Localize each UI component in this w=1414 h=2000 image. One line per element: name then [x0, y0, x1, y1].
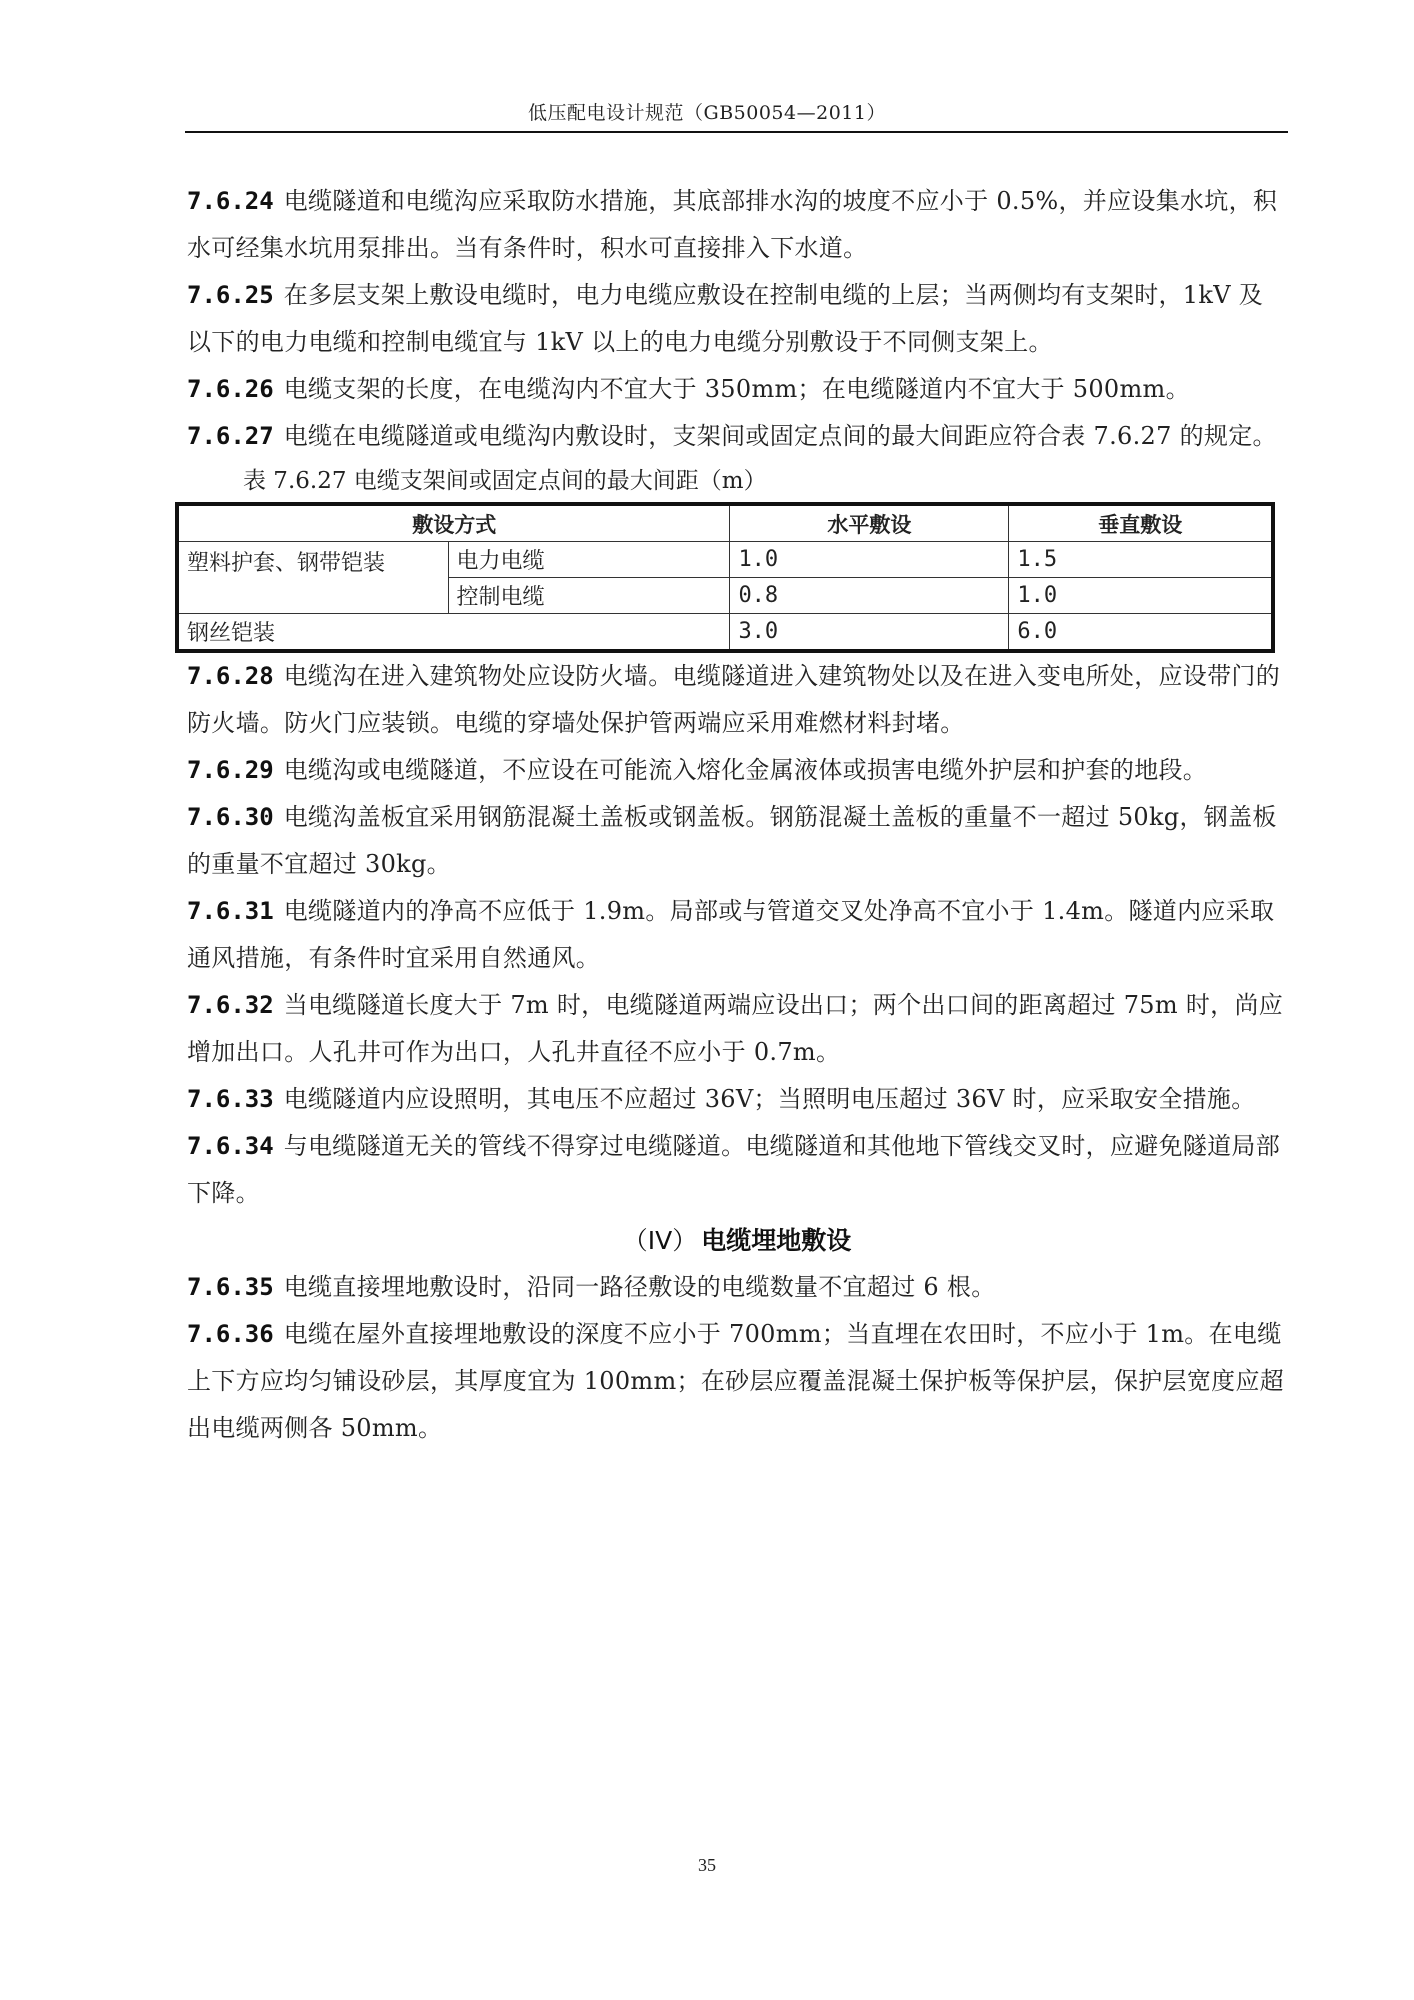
clause-text: 电缆支架的长度，在电缆沟内不宜大于 350mm；在电缆隧道内不宜大于 500mm…: [284, 375, 1190, 403]
clause-text: 电缆隧道内应设照明，其电压不应超过 36V；当照明电压超过 36V 时，应采取安…: [284, 1085, 1256, 1113]
vertical-value: 1.5: [1009, 542, 1273, 578]
table-header-row: 敷设方式 水平敷设 垂直敷设: [177, 504, 1273, 542]
clause-number: 7.6.24: [187, 187, 274, 215]
group-label-steel-wire: 钢丝铠装: [177, 614, 730, 652]
horizontal-value: 1.0: [730, 542, 1009, 578]
table-row: 钢丝铠装 3.0 6.0: [177, 614, 1273, 652]
clause-text: 与电缆隧道无关的管线不得穿过电缆隧道。电缆隧道和其他地下管线交叉时，应避免隧道局…: [187, 1132, 1280, 1207]
header-rule: [185, 131, 1288, 133]
header-horizontal: 水平敷设: [730, 504, 1009, 542]
clause-7-6-31: 7.6.31电缆隧道内的净高不应低于 1.9m。局部或与管道交叉处净高不宜小于 …: [187, 888, 1287, 982]
clause-7-6-27: 7.6.27电缆在电缆隧道或电缆沟内敷设时，支架间或固定点间的最大间距应符合表 …: [187, 413, 1287, 460]
clause-text: 电缆在屋外直接埋地敷设的深度不应小于 700mm；当直埋在农田时，不应小于 1m…: [187, 1320, 1284, 1442]
clause-7-6-34: 7.6.34与电缆隧道无关的管线不得穿过电缆隧道。电缆隧道和其他地下管线交叉时，…: [187, 1123, 1287, 1217]
cable-type: 电力电缆: [448, 542, 730, 578]
clause-7-6-26: 7.6.26电缆支架的长度，在电缆沟内不宜大于 350mm；在电缆隧道内不宜大于…: [187, 366, 1287, 413]
clause-text: 电缆沟或电缆隧道，不应设在可能流入熔化金属液体或损害电缆外护层和护套的地段。: [284, 756, 1207, 784]
clause-number: 7.6.33: [187, 1085, 274, 1113]
clause-number: 7.6.31: [187, 897, 274, 925]
clause-7-6-30: 7.6.30电缆沟盖板宜采用钢筋混凝土盖板或钢盖板。钢筋混凝土盖板的重量不一超过…: [187, 794, 1287, 888]
clause-text: 电缆沟在进入建筑物处应设防火墙。电缆隧道进入建筑物处以及在进入变电所处，应设带门…: [187, 662, 1280, 737]
clause-7-6-28: 7.6.28电缆沟在进入建筑物处应设防火墙。电缆隧道进入建筑物处以及在进入变电所…: [187, 653, 1287, 747]
header-method: 敷设方式: [177, 504, 730, 542]
clause-number: 7.6.27: [187, 422, 274, 450]
horizontal-value: 0.8: [730, 578, 1009, 614]
group-label-plastic-steel-tape: 塑料护套、钢带铠装: [177, 542, 448, 614]
clause-number: 7.6.25: [187, 281, 274, 309]
clause-7-6-32: 7.6.32当电缆隧道长度大于 7m 时，电缆隧道两端应设出口；两个出口间的距离…: [187, 982, 1287, 1076]
section-title: 电缆埋地敷设: [701, 1226, 851, 1255]
section-heading: （IV）电缆埋地敷设: [187, 1217, 1287, 1264]
support-spacing-table: 敷设方式 水平敷设 垂直敷设 塑料护套、钢带铠装 电力电缆 1.0 1.5 控制…: [175, 502, 1275, 653]
clause-number: 7.6.32: [187, 991, 274, 1019]
clause-text: 在多层支架上敷设电缆时，电力电缆应敷设在控制电缆的上层；当两侧均有支架时，1kV…: [187, 281, 1263, 356]
clause-7-6-29: 7.6.29电缆沟或电缆隧道，不应设在可能流入熔化金属液体或损害电缆外护层和护套…: [187, 747, 1287, 794]
page-number: 35: [0, 1855, 1414, 1876]
clause-number: 7.6.30: [187, 803, 274, 831]
vertical-value: 6.0: [1009, 614, 1273, 652]
clause-7-6-35: 7.6.35电缆直接埋地敷设时，沿同一路径敷设的电缆数量不宜超过 6 根。: [187, 1264, 1287, 1311]
running-header: 低压配电设计规范（GB50054—2011）: [0, 98, 1414, 125]
clause-7-6-25: 7.6.25在多层支架上敷设电缆时，电力电缆应敷设在控制电缆的上层；当两侧均有支…: [187, 272, 1287, 366]
clause-text: 电缆直接埋地敷设时，沿同一路径敷设的电缆数量不宜超过 6 根。: [284, 1273, 996, 1301]
clause-number: 7.6.36: [187, 1320, 274, 1348]
clause-7-6-33: 7.6.33电缆隧道内应设照明，其电压不应超过 36V；当照明电压超过 36V …: [187, 1076, 1287, 1123]
clause-text: 电缆沟盖板宜采用钢筋混凝土盖板或钢盖板。钢筋混凝土盖板的重量不一超过 50kg，…: [187, 803, 1277, 878]
clause-text: 当电缆隧道长度大于 7m 时，电缆隧道两端应设出口；两个出口间的距离超过 75m…: [187, 991, 1283, 1066]
table-row: 塑料护套、钢带铠装 电力电缆 1.0 1.5: [177, 542, 1273, 578]
clause-text: 电缆隧道和电缆沟应采取防水措施，其底部排水沟的坡度不应小于 0.5%，并应设集水…: [187, 187, 1277, 262]
horizontal-value: 3.0: [730, 614, 1009, 652]
table-caption: 表 7.6.27 电缆支架间或固定点间的最大间距（m）: [243, 464, 1287, 498]
header-vertical: 垂直敷设: [1009, 504, 1273, 542]
clause-text: 电缆在电缆隧道或电缆沟内敷设时，支架间或固定点间的最大间距应符合表 7.6.27…: [284, 422, 1277, 450]
cable-type: 控制电缆: [448, 578, 730, 614]
clause-7-6-24: 7.6.24电缆隧道和电缆沟应采取防水措施，其底部排水沟的坡度不应小于 0.5%…: [187, 178, 1287, 272]
vertical-value: 1.0: [1009, 578, 1273, 614]
clause-number: 7.6.28: [187, 662, 274, 690]
section-roman-numeral: （IV）: [623, 1226, 697, 1255]
clause-number: 7.6.29: [187, 756, 274, 784]
clause-text: 电缆隧道内的净高不应低于 1.9m。局部或与管道交叉处净高不宜小于 1.4m。隧…: [187, 897, 1274, 972]
clause-number: 7.6.26: [187, 375, 274, 403]
page-body: 7.6.24电缆隧道和电缆沟应采取防水措施，其底部排水沟的坡度不应小于 0.5%…: [187, 178, 1287, 1452]
clause-number: 7.6.35: [187, 1273, 274, 1301]
clause-7-6-36: 7.6.36电缆在屋外直接埋地敷设的深度不应小于 700mm；当直埋在农田时，不…: [187, 1311, 1287, 1452]
clause-number: 7.6.34: [187, 1132, 274, 1160]
